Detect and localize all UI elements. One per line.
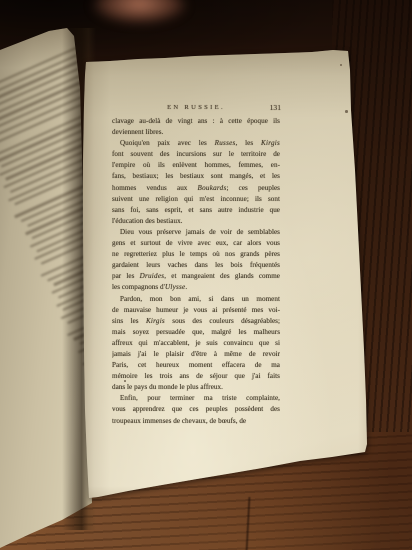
foxing-speck — [340, 456, 342, 458]
text-line: deviennent libres. — [112, 127, 280, 138]
running-header: EN RUSSIE. — [112, 102, 280, 113]
text-line: mais soyez persuadée que, malgré les mal… — [112, 327, 280, 338]
text-line: mémoire les trois ans de séjour que j'ai… — [112, 371, 280, 382]
foxing-speck — [202, 478, 204, 480]
paragraph: Quoiqu'en paix avec les Russes, les Kirg… — [112, 138, 280, 227]
page-text: clavage au-delà de vingt ans : à cette é… — [112, 116, 280, 427]
foxing-speck — [340, 64, 342, 66]
text-line: font souvent des incursions sur le terri… — [112, 149, 280, 160]
paragraph: clavage au-delà de vingt ans : à cette é… — [112, 116, 280, 138]
text-line: vous apprendrez que ces peuples possèden… — [112, 404, 280, 415]
text-line: clavage au-delà de vingt ans : à cette é… — [112, 116, 280, 127]
text-line: l'empire où ils enlèvent hommes, femmes,… — [112, 160, 280, 171]
text-line: par les Druides, et mangeaient des gland… — [112, 271, 280, 282]
foxing-speck — [345, 110, 348, 113]
page-number: 131 — [270, 102, 281, 113]
paragraph: Enfin, pour terminer ma triste complaint… — [112, 393, 280, 426]
photo-scene: EN RUSSIE. 131 clavage au-delà de vingt … — [0, 0, 412, 550]
text-line: Paris, cet heureux moment effacera de ma — [112, 360, 280, 371]
text-line: Pardon, mon bon ami, si dans un moment — [112, 294, 280, 305]
paragraph: Pardon, mon bon ami, si dans un momentde… — [112, 294, 280, 394]
text-line: les compagnons d'Ulysse. — [112, 282, 280, 293]
text-line: hommes vendus aux Boukards; ces peuples — [112, 183, 280, 194]
text-line: sins les Kirgis sous des couleurs désagr… — [112, 316, 280, 327]
text-line: de mauvaise humeur je vous ai présenté m… — [112, 305, 280, 316]
text-line: ne regretteriez plus le temps où nos gra… — [112, 249, 280, 260]
text-line: sans foi, sans esprit, et sans autre ind… — [112, 205, 280, 216]
text-line: suivent une religion qui m'est inconnue;… — [112, 194, 280, 205]
right-page: EN RUSSIE. 131 clavage au-delà de vingt … — [82, 48, 374, 506]
text-line: troupeaux immenses de chevaux, de bœufs,… — [112, 416, 280, 427]
text-line: dans le pays du monde le plus affreux. — [112, 382, 280, 393]
running-head-row: EN RUSSIE. 131 — [112, 102, 280, 113]
text-line: Dieu vous préserve jamais de voir de sem… — [112, 227, 280, 238]
page-content: EN RUSSIE. 131 clavage au-delà de vingt … — [112, 102, 280, 427]
text-line: Enfin, pour terminer ma triste complaint… — [112, 393, 280, 404]
text-line: Quoiqu'en paix avec les Russes, les Kirg… — [112, 138, 280, 149]
text-line: gens et surtout de vivre avec eux, car a… — [112, 238, 280, 249]
text-line: jamais j'ai le plaisir d'être à même de … — [112, 349, 280, 360]
paragraph: Dieu vous préserve jamais de voir de sem… — [112, 227, 280, 294]
text-line: gardaient leurs vaches dans les bois fré… — [112, 260, 280, 271]
text-line: l'éducation des bestiaux. — [112, 216, 280, 227]
text-line: affreux qui m'accablent, je suis convain… — [112, 338, 280, 349]
right-page-surface: EN RUSSIE. 131 clavage au-delà de vingt … — [82, 48, 374, 506]
text-line: fans, bestiaux; les bestiaux sont mangés… — [112, 171, 280, 182]
